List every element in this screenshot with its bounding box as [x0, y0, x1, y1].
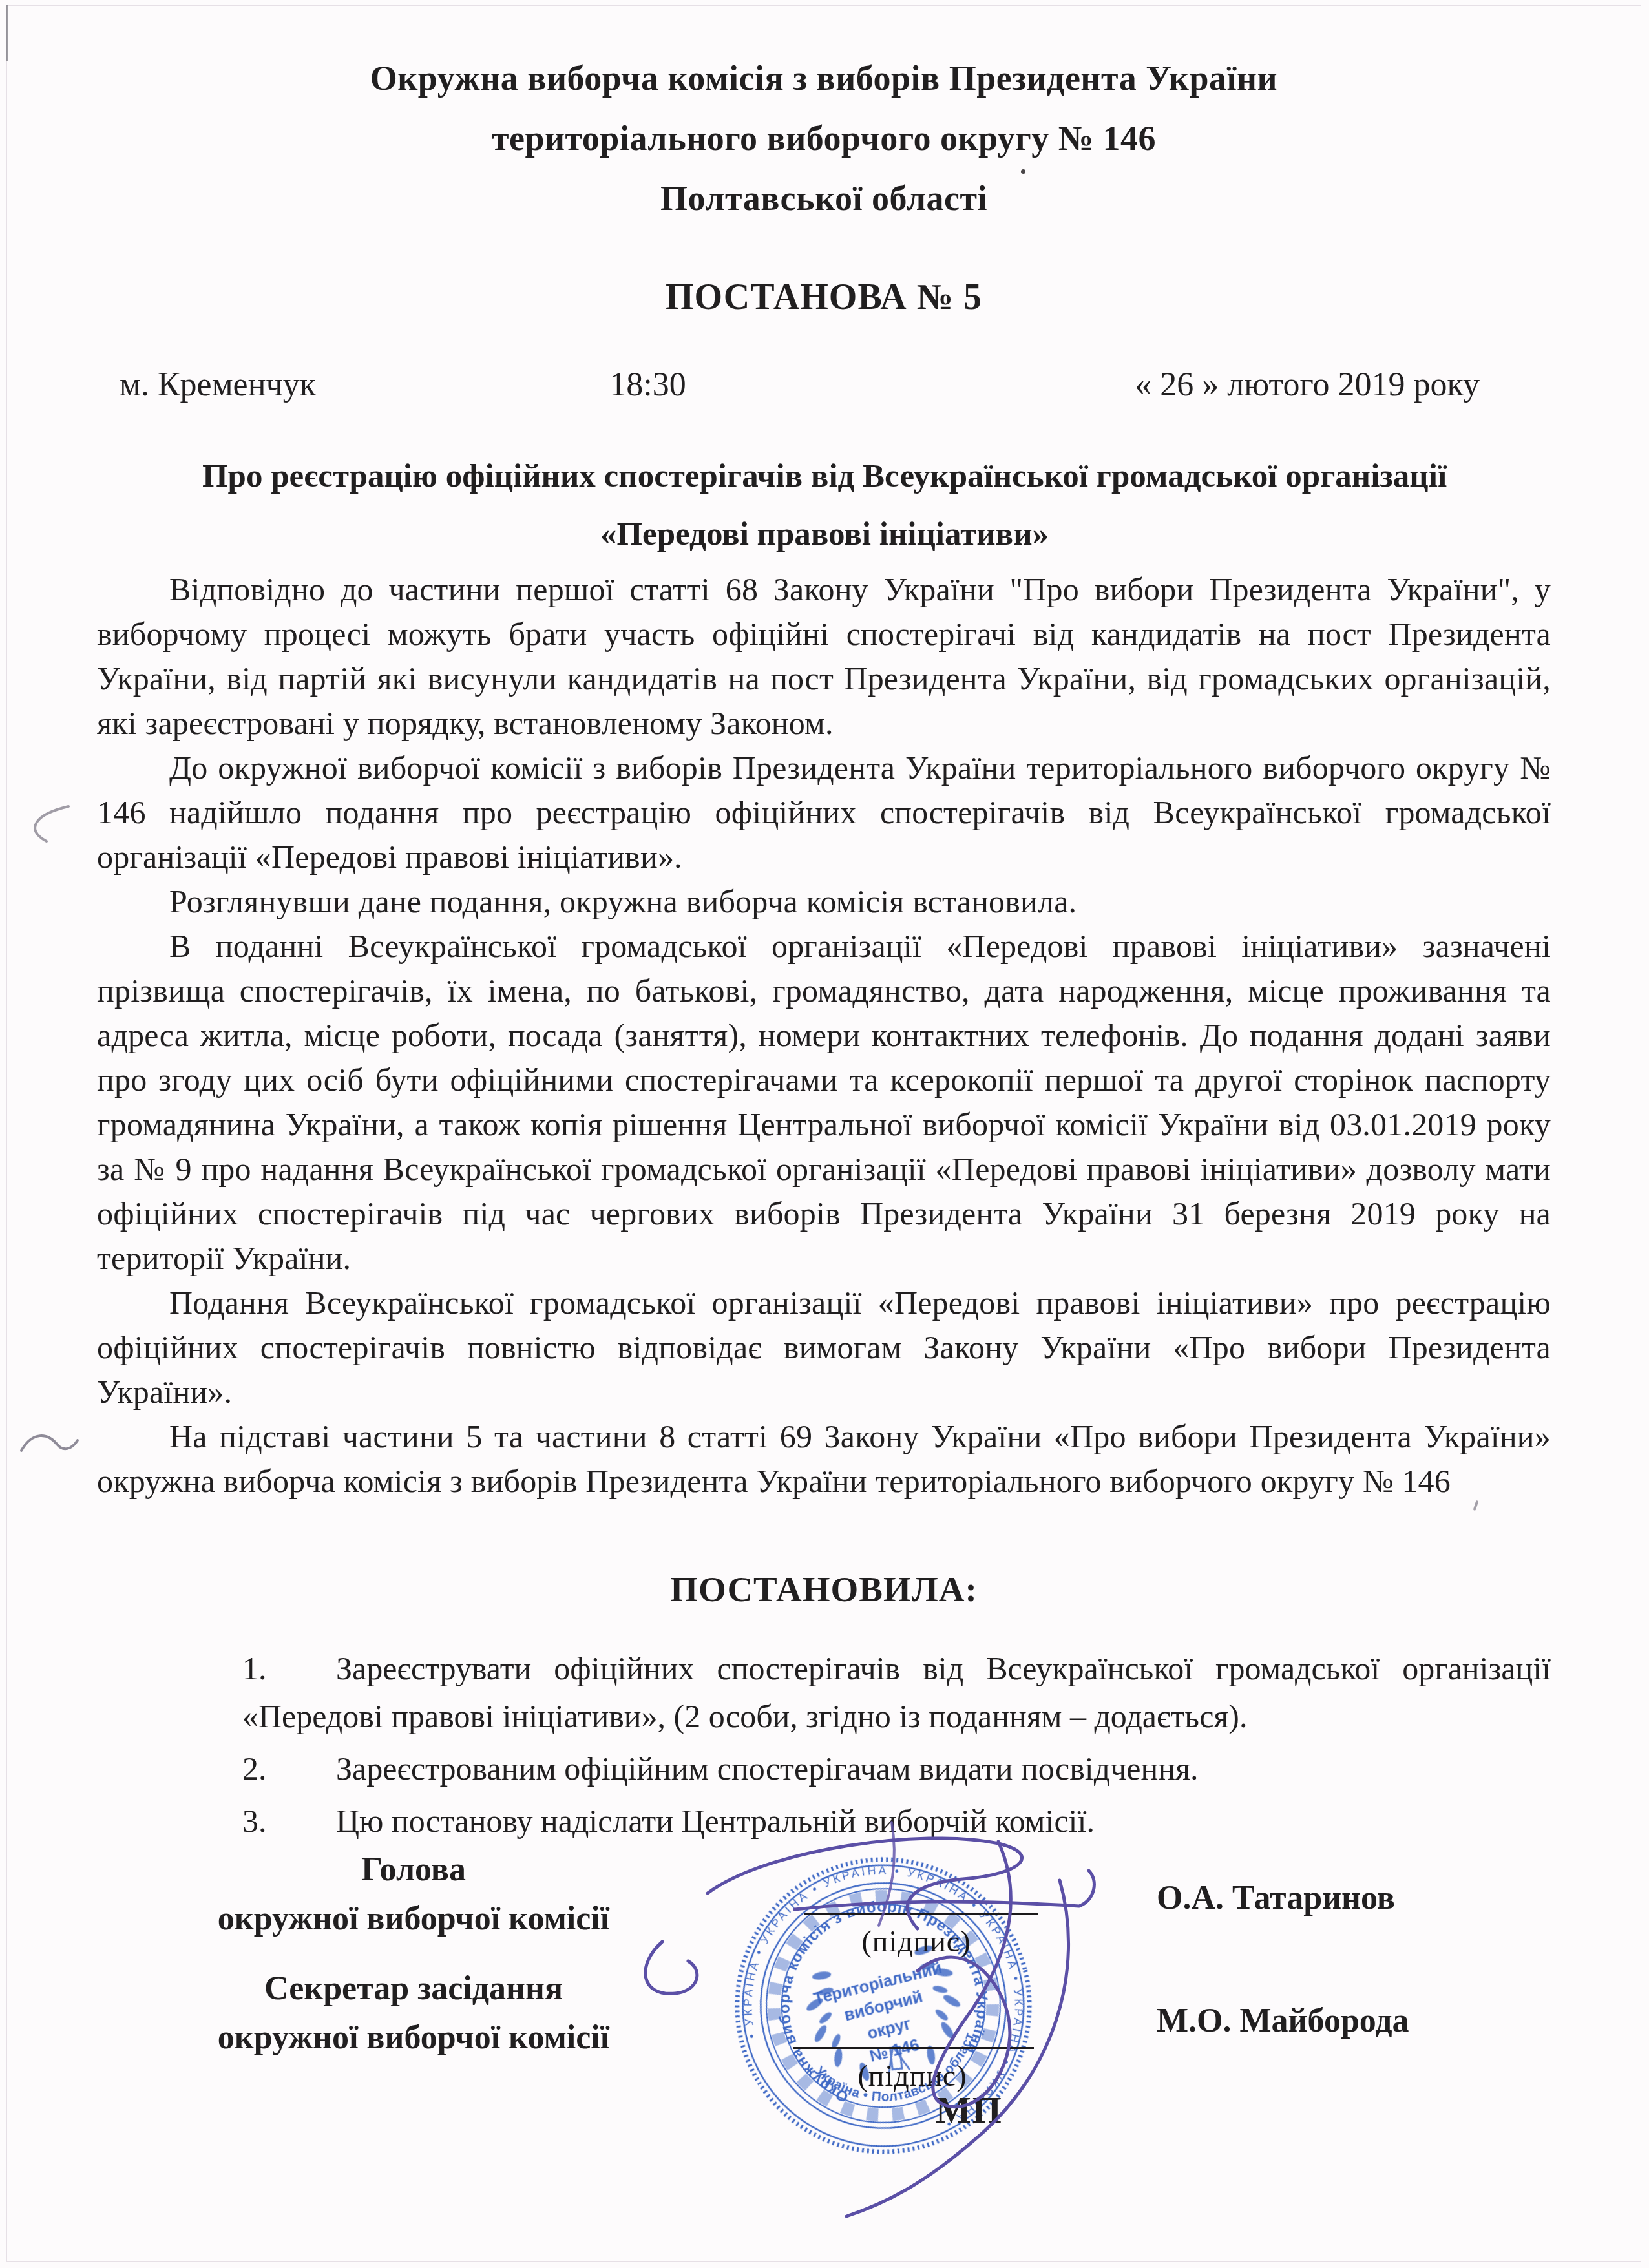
paragraph: На підставі частини 5 та частини 8 статт… [97, 1414, 1551, 1504]
paragraph: В поданні Всеукраїнської громадської орг… [97, 924, 1551, 1281]
scan-edge-artifact [6, 5, 8, 61]
paragraph: Відповідно до частини першої статті 68 З… [97, 567, 1551, 746]
item-number: 2. [242, 1745, 336, 1792]
paragraph: До окружної виборчої комісії з виборів П… [97, 746, 1551, 879]
item-text: Зареєструвати офіційних спостерігачів ві… [242, 1650, 1551, 1734]
date-label: « 26 » лютого 2019 року [1135, 366, 1480, 404]
handwritten-signature-ink [614, 1803, 1195, 2255]
item-number: 1. [242, 1644, 336, 1692]
resolution-heading: ПОСТАНОВИЛА: [97, 1569, 1551, 1610]
city-label: м. Кременчук [120, 366, 316, 404]
margin-pen-mark [19, 801, 81, 848]
document-body: Відповідно до частини першої статті 68 З… [97, 567, 1551, 1504]
letterhead-line-1: Окружна виборча комісія з виборів Презид… [97, 48, 1551, 109]
paragraph: Розглянувши дане подання, окружна виборч… [97, 879, 1551, 924]
time-label: 18:30 [609, 366, 686, 404]
item-number: 3. [242, 1797, 336, 1845]
paragraph: Подання Всеукраїнської громадської орган… [97, 1281, 1551, 1414]
document-number-heading: ПОСТАНОВА № 5 [97, 277, 1551, 318]
item-text: Зареєстрованим офіційним спостерігачам в… [336, 1750, 1199, 1787]
resolution-item: 2.Зареєстрованим офіційним спостерігачам… [242, 1745, 1551, 1792]
letterhead-line-3: Полтавської області [97, 169, 1551, 229]
letterhead-line-2: територіального виборчого округу № 146 [97, 109, 1551, 169]
resolution-item: 1.Зареєструвати офіційних спостерігачів … [242, 1644, 1551, 1740]
letterhead: Окружна виборча комісія з виборів Презид… [97, 48, 1551, 229]
margin-pen-mark [18, 1425, 83, 1465]
place-time-date-row: м. Кременчук 18:30 « 26 » лютого 2019 ро… [97, 366, 1551, 404]
signature-name-secretary: М.О. Майборода [1157, 2002, 1544, 2040]
scanned-document-page: Окружна виборча комісія з виборів Презид… [0, 0, 1649, 2268]
signature-name-chairman: О.А. Татаринов [1157, 1879, 1544, 1917]
document-title: Про реєстрацію офіційних спостерігачів в… [127, 447, 1522, 563]
